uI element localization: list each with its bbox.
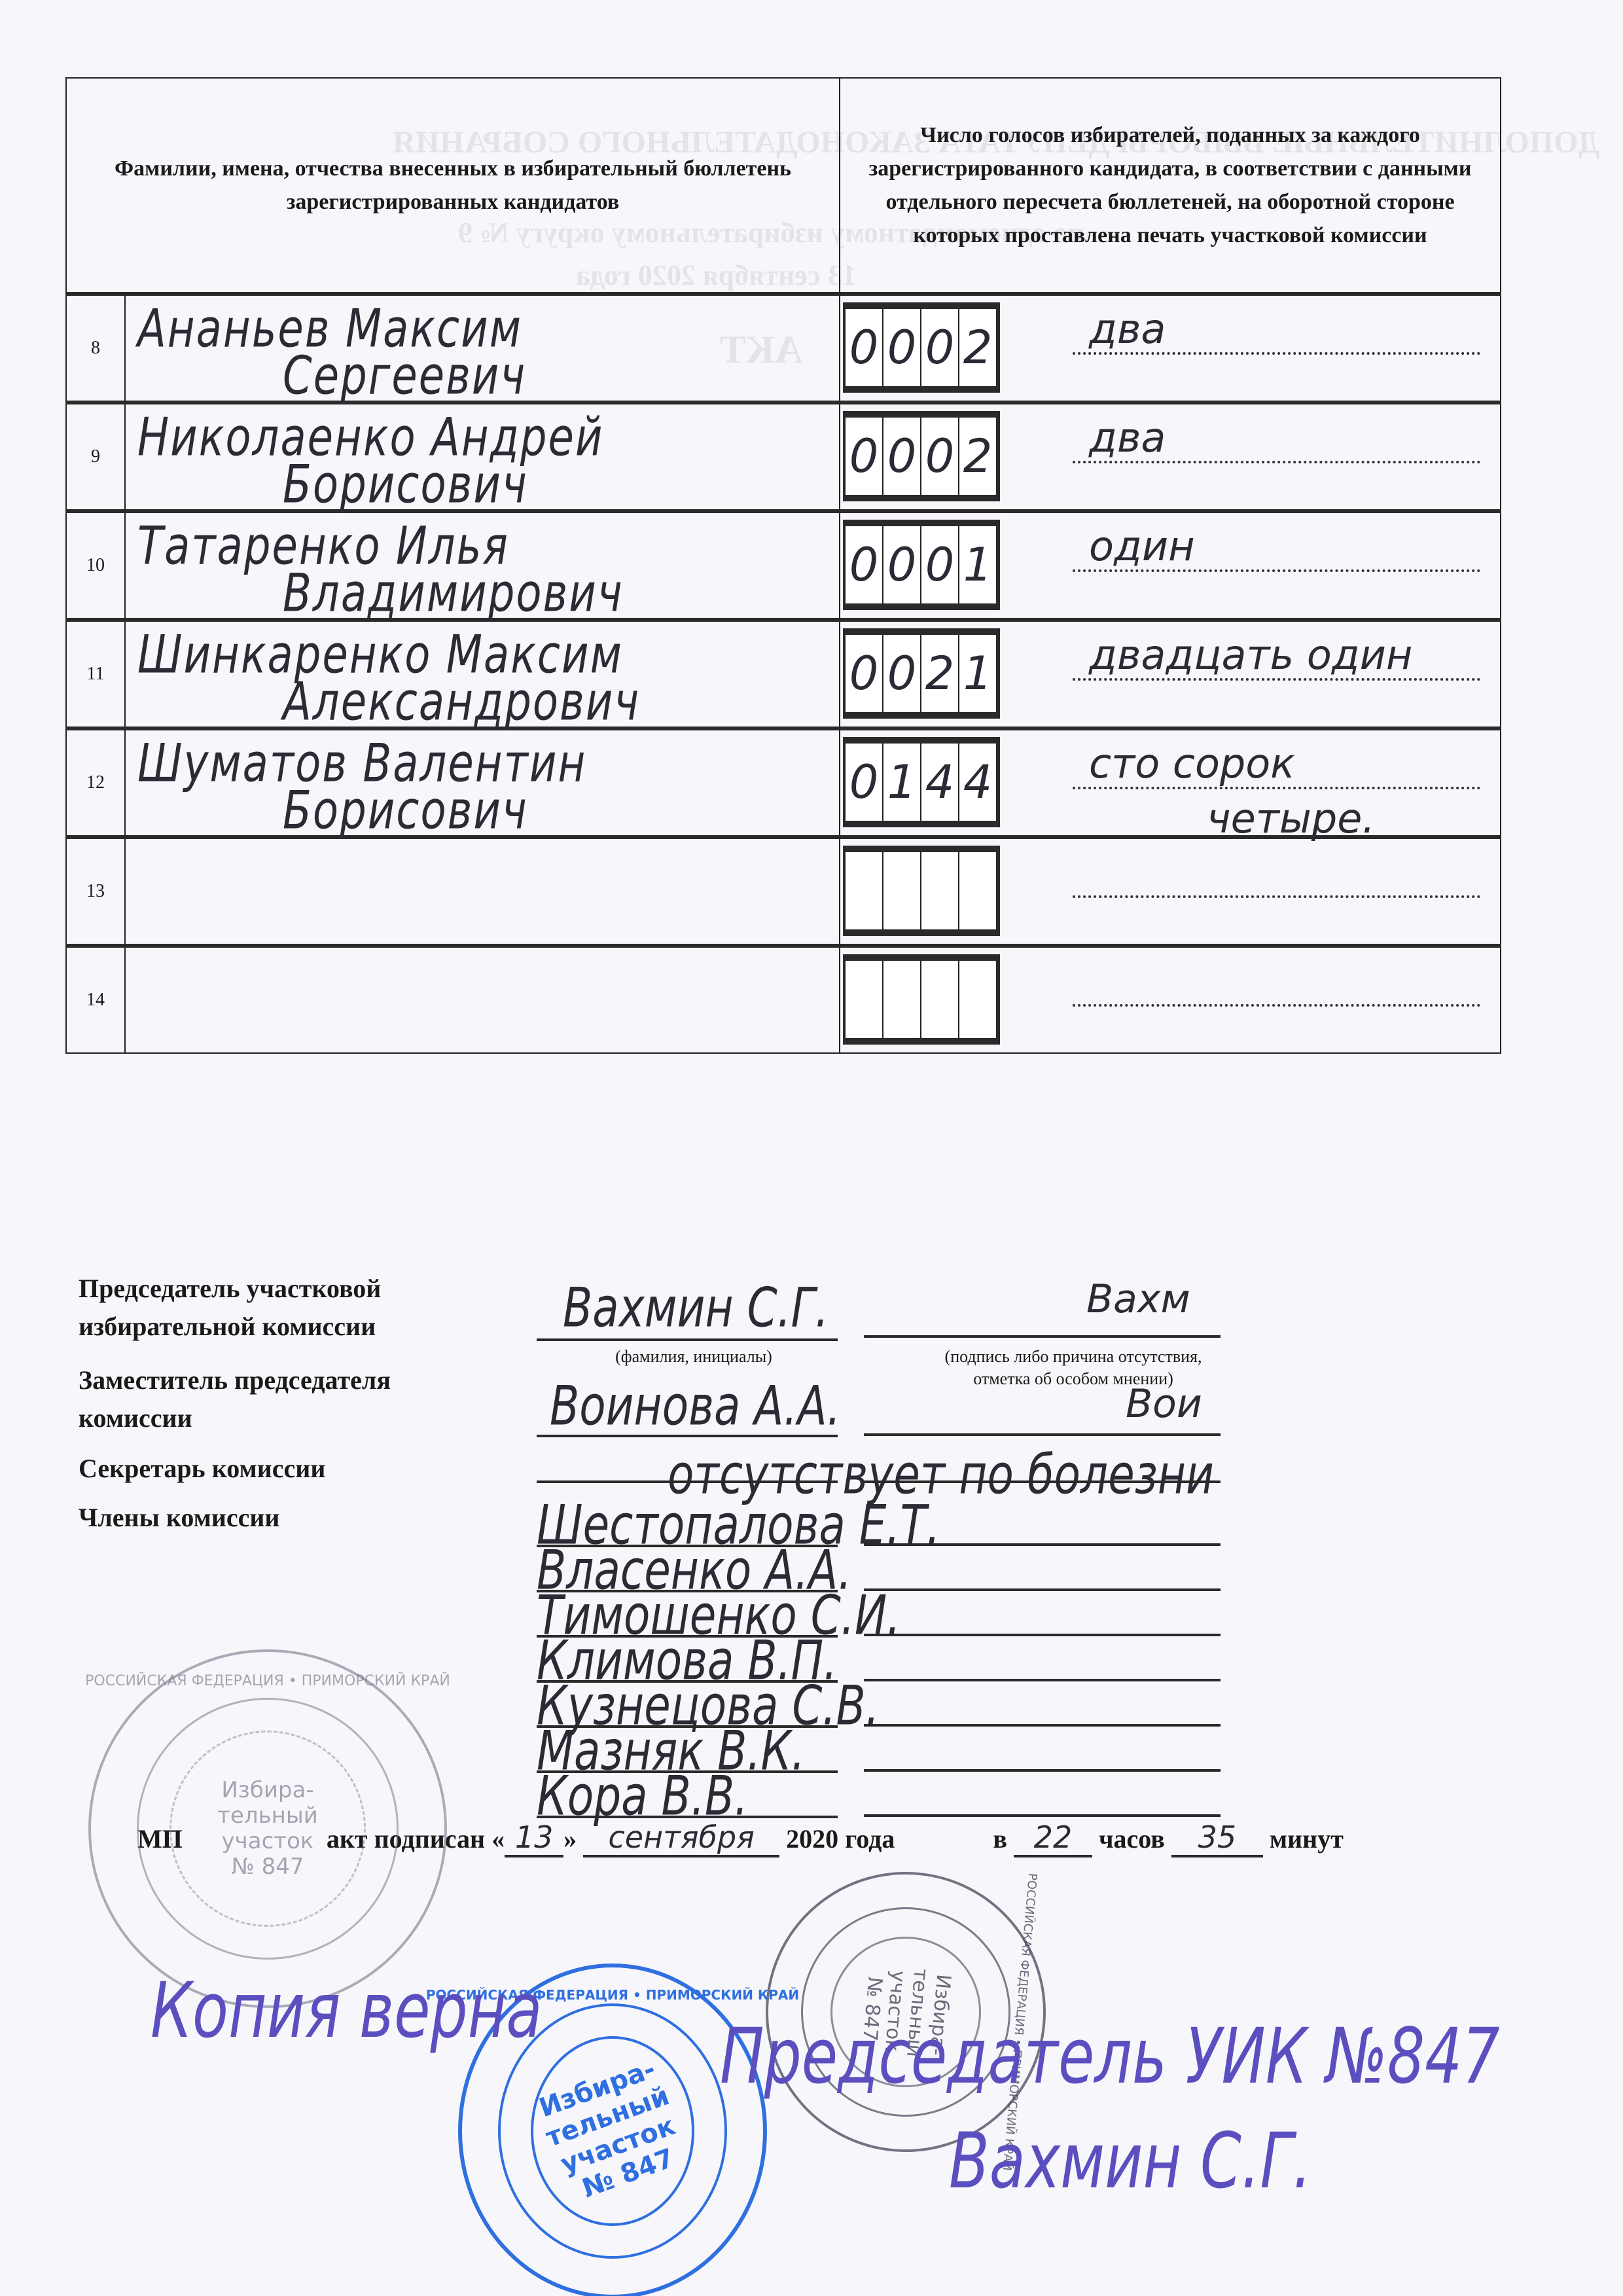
vote-digit: 1 <box>959 526 996 603</box>
results-table: Фамилии, имена, отчества внесенных в изб… <box>65 77 1501 1054</box>
vote-digit <box>921 961 959 1038</box>
deputy-name-line <box>537 1435 838 1437</box>
member-sign-line <box>864 1543 1221 1546</box>
vote-count-words: двадцать один <box>1089 631 1412 679</box>
vote-digit: 0 <box>883 526 921 603</box>
candidate-name-line2: Борисович <box>283 455 528 516</box>
deputy-signature: Вои <box>1126 1381 1202 1427</box>
vote-digit: 1 <box>883 744 921 821</box>
chair-sign-line <box>864 1335 1221 1338</box>
member-sign-line <box>864 1814 1221 1817</box>
stamp-ring-text: РОССИЙСКАЯ ФЕДЕРАЦИЯ • ПРИМОРСКИЙ КРАЙ <box>85 1673 450 1689</box>
row-number: 13 <box>66 837 125 946</box>
chair-label: Председатель участковой избирательной ко… <box>79 1270 445 1346</box>
vote-count-words: два <box>1089 414 1166 461</box>
vote-count-words: сто сорок <box>1089 740 1295 787</box>
vote-count-words-cont: четыре. <box>1207 795 1375 842</box>
secretary-label: Секретарь комиссии <box>79 1450 325 1488</box>
vote-digit: 0 <box>846 418 883 495</box>
row-number: 8 <box>66 294 125 403</box>
vote-count-cell: 0021двадцать один <box>840 620 1501 728</box>
vote-digit-boxes: 0144 <box>843 737 1000 827</box>
vote-count-cell <box>840 946 1501 1053</box>
vote-count-cell: 0001один <box>840 511 1501 620</box>
vote-count-cell: 0144сто сорокчетыре. <box>840 728 1501 837</box>
vote-digit: 0 <box>883 418 921 495</box>
vote-digit: 2 <box>921 635 959 712</box>
vote-digit-boxes: 0002 <box>843 411 1000 501</box>
vote-digit: 0 <box>846 526 883 603</box>
vote-digit: 4 <box>921 744 959 821</box>
chair-signature: Вахм <box>1086 1276 1190 1322</box>
row-number: 11 <box>66 620 125 728</box>
vote-digit: 0 <box>921 418 959 495</box>
caption-name: (фамилия, инициалы) <box>609 1346 779 1368</box>
vote-digit: 0 <box>846 635 883 712</box>
vote-digit-boxes <box>843 846 1000 936</box>
vote-digit-boxes: 0021 <box>843 628 1000 719</box>
candidate-name-cell: Шуматов ВалентинБорисович <box>125 728 840 837</box>
vote-digit <box>883 852 921 929</box>
chair-name: Вахмин С.Г. <box>563 1276 829 1339</box>
table-row: 10Татаренко ИльяВладимирович0001один <box>66 511 1501 620</box>
candidate-name-line2: Борисович <box>283 781 528 842</box>
member-sign-line <box>864 1634 1221 1636</box>
vote-digit: 0 <box>846 744 883 821</box>
member-sign-line <box>864 1588 1221 1591</box>
words-underline <box>1073 1004 1480 1007</box>
certifier-role: Председатель УИК №847 <box>720 2012 1500 2102</box>
hours-label: часов <box>1099 1824 1165 1854</box>
table-row: 9Николаенко АндрейБорисович0002два <box>66 403 1501 511</box>
vote-digit <box>959 852 996 929</box>
vote-digit <box>883 961 921 1038</box>
words-underline <box>1073 895 1480 898</box>
member-sign-line <box>864 1679 1221 1681</box>
vote-count-cell: 0002два <box>840 403 1501 511</box>
candidate-name-line2: Александрович <box>283 672 640 733</box>
signed-hours: 22 <box>1014 1820 1092 1857</box>
vote-digit: 0 <box>921 526 959 603</box>
signed-day: 13 <box>505 1820 563 1857</box>
vote-digit: 0 <box>883 309 921 386</box>
deputy-name: Воинова А.А. <box>550 1374 841 1437</box>
candidate-name-cell: Шинкаренко МаксимАлександрович <box>125 620 840 728</box>
vote-digit-boxes <box>843 954 1000 1045</box>
table-row: 13 <box>66 837 1501 946</box>
minutes-label: минут <box>1270 1824 1344 1854</box>
secretary-sign-line <box>864 1480 1221 1483</box>
candidate-name-cell: Николаенко АндрейБорисович <box>125 403 840 511</box>
vote-digit: 0 <box>846 309 883 386</box>
member-name-line <box>537 1816 838 1818</box>
vote-digit-boxes: 0001 <box>843 520 1000 610</box>
certifier-name: Вахмин С.Г. <box>949 2117 1311 2206</box>
vote-digit: 2 <box>959 309 996 386</box>
vote-digit: 2 <box>959 418 996 495</box>
vote-digit <box>959 961 996 1038</box>
vote-count-words: один <box>1089 522 1195 570</box>
vote-digit <box>846 961 883 1038</box>
vote-digit <box>846 852 883 929</box>
member-sign-line <box>864 1769 1221 1772</box>
header-vote-count: Число голосов избирателей, поданных за к… <box>840 78 1501 294</box>
vote-digit: 0 <box>883 635 921 712</box>
chair-name-line <box>537 1338 838 1341</box>
deputy-label: Заместитель председателя комиссии <box>79 1361 406 1437</box>
members-label: Члены комиссии <box>79 1499 279 1537</box>
table-row: 14 <box>66 946 1501 1053</box>
member-name: Кора В.В. <box>537 1765 748 1827</box>
table-row: 11Шинкаренко МаксимАлександрович0021двад… <box>66 620 1501 728</box>
stamp-center-text: Избира- тельный участок № 847 <box>217 1778 318 1880</box>
vote-digit <box>921 852 959 929</box>
signed-month: сентября <box>583 1820 779 1857</box>
candidate-name-line2: Владимирович <box>283 564 624 624</box>
vote-digit: 1 <box>959 635 996 712</box>
candidate-name-cell <box>125 946 840 1053</box>
row-number: 9 <box>66 403 125 511</box>
copy-true-note: Копия верна <box>151 1966 543 2056</box>
vote-count-words: два <box>1089 305 1166 353</box>
header-candidate-names: Фамилии, имена, отчества внесенных в изб… <box>66 78 840 294</box>
secretary-name-line <box>537 1480 838 1483</box>
vote-count-cell: 0002два <box>840 294 1501 403</box>
member-sign-line <box>864 1724 1221 1727</box>
vote-count-cell <box>840 837 1501 946</box>
signed-year: 2020 года <box>786 1824 895 1854</box>
vote-digit: 4 <box>959 744 996 821</box>
row-number: 14 <box>66 946 125 1053</box>
candidate-name-cell: Ананьев МаксимСергеевич <box>125 294 840 403</box>
table-row: 8Ананьев МаксимСергеевич0002два <box>66 294 1501 403</box>
row-number: 12 <box>66 728 125 837</box>
table-row: 12Шуматов ВалентинБорисович0144сто сорок… <box>66 728 1501 837</box>
deputy-sign-line <box>864 1433 1221 1436</box>
candidate-name-cell <box>125 837 840 946</box>
vote-digit: 0 <box>921 309 959 386</box>
commission-stamp-grey-left: РОССИЙСКАЯ ФЕДЕРАЦИЯ • ПРИМОРСКИЙ КРАЙ И… <box>88 1649 447 2008</box>
at-label: в <box>993 1824 1007 1854</box>
signed-minutes: 35 <box>1171 1820 1263 1857</box>
row-number: 10 <box>66 511 125 620</box>
signed-mid: » <box>563 1824 577 1854</box>
candidate-name-cell: Татаренко ИльяВладимирович <box>125 511 840 620</box>
vote-digit-boxes: 0002 <box>843 302 1000 393</box>
candidate-name-line2: Сергеевич <box>283 346 526 407</box>
